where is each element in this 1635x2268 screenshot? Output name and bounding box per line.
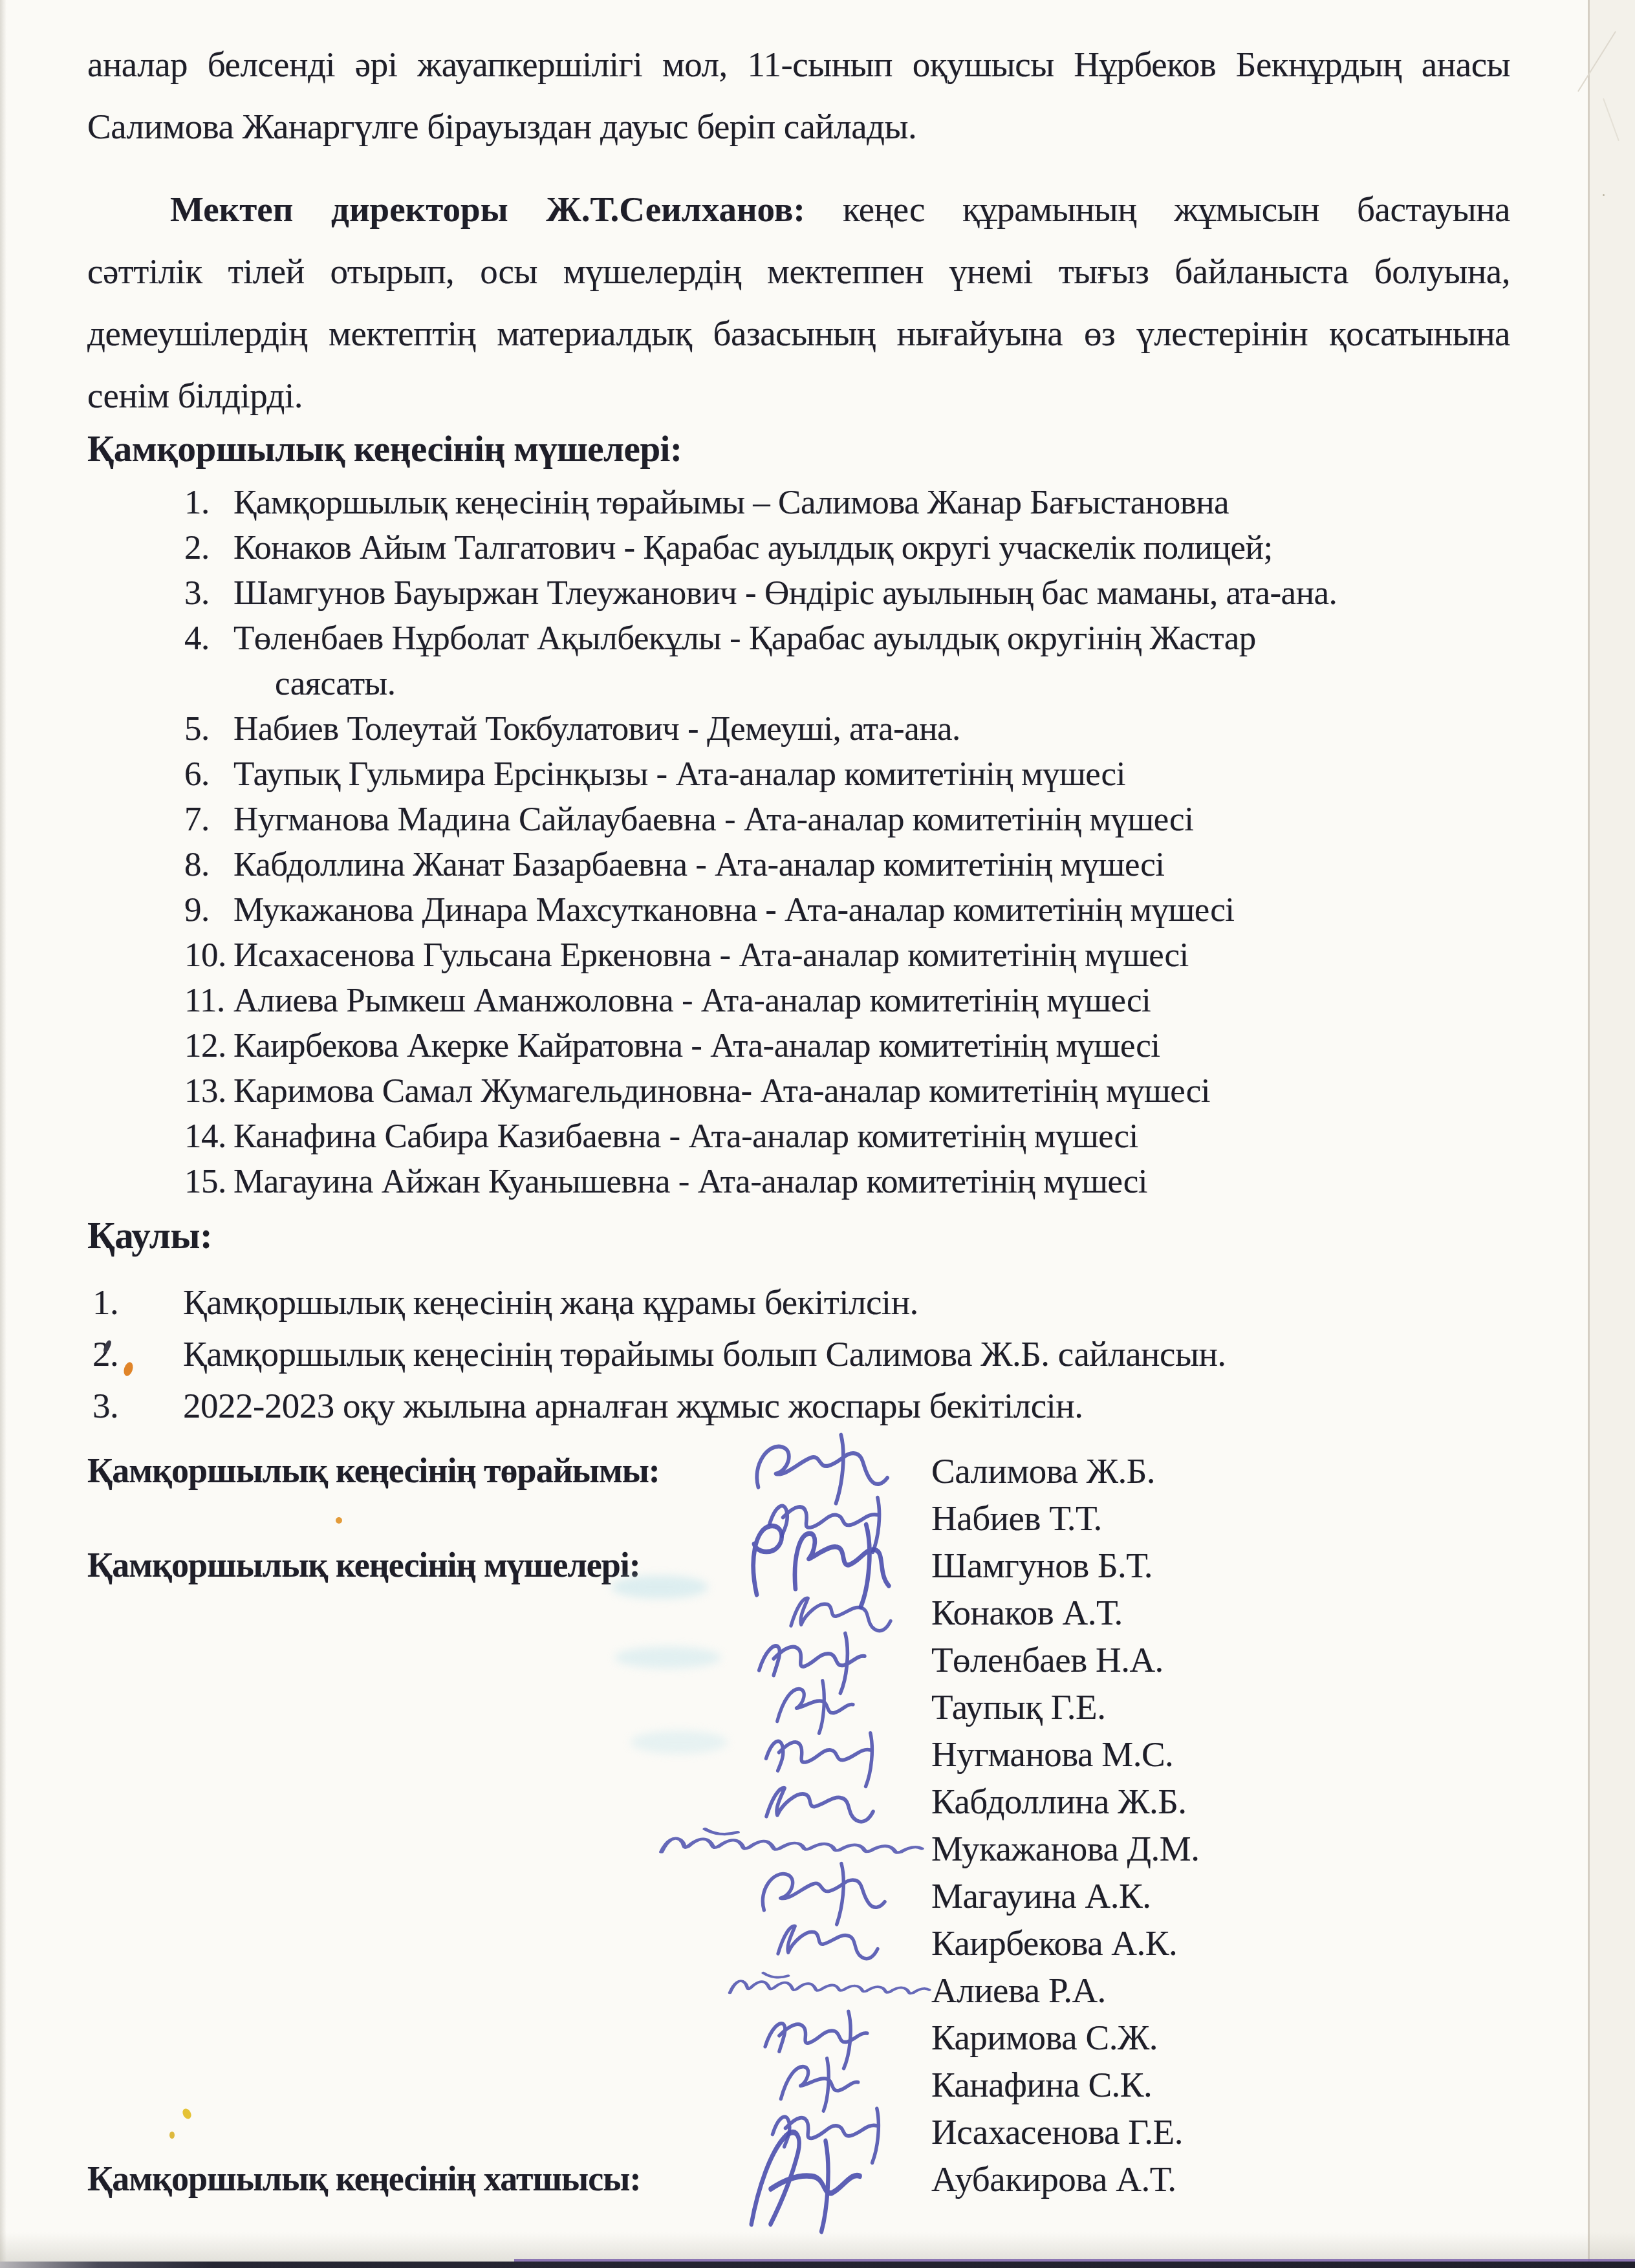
member-list-item: 3. Шамгунов Бауыржан Тлеужанович - Өндір… bbox=[87, 570, 1510, 616]
handwritten-signature bbox=[721, 2115, 941, 2235]
member-text-wrap: Төленбаев Нұрболат Ақылбекұлы - Қарабас … bbox=[233, 616, 1510, 706]
member-text-wrap: Магауина Айжан Куанышевна - Ата-аналар к… bbox=[233, 1159, 1510, 1204]
member-number: 10. bbox=[184, 933, 233, 978]
member-list-item: 12. Каирбекова Акерке Кайратовна - Ата-а… bbox=[87, 1023, 1510, 1068]
member-number: 5. bbox=[184, 706, 233, 751]
signatory-name: Нугманова М.С. bbox=[931, 1731, 1173, 1778]
decision-number: 1. bbox=[92, 1277, 183, 1328]
member-list-item: 11. Алиева Рымкеш Аманжоловна - Ата-анал… bbox=[87, 978, 1510, 1023]
decision-number: 3. bbox=[92, 1380, 183, 1432]
member-text: Қамқоршылық кеңесінің төрайымы – Салимов… bbox=[233, 484, 1229, 521]
paragraph-line: сәттілік тілей отырып, осы мүшелердің ме… bbox=[87, 241, 1510, 303]
signatory-name: Аубакирова А.Т. bbox=[931, 2155, 1176, 2203]
member-text-wrap: Кабдоллина Жанат Базарбаевна - Ата-анала… bbox=[233, 842, 1510, 887]
member-number: 13. bbox=[184, 1068, 233, 1114]
member-list-item: 1. Қамқоршылық кеңесінің төрайымы – Сали… bbox=[87, 480, 1510, 525]
scan-left-shadow bbox=[0, 0, 6, 2268]
signatory-name: Шамгунов Б.Т. bbox=[931, 1542, 1153, 1589]
decision-number: 2. bbox=[92, 1328, 183, 1380]
director-lead-text: Мектеп директоры Ж.Т.Сеилханов: bbox=[170, 189, 805, 229]
scan-speck-yellow bbox=[169, 2132, 175, 2139]
member-number: 6. bbox=[184, 751, 233, 797]
member-number: 4. bbox=[184, 616, 233, 706]
decision-text: Қамқоршылық кеңесінің жаңа құрамы бекіті… bbox=[183, 1277, 918, 1328]
member-text: Нугманова Мадина Сайлаубаевна - Ата-анал… bbox=[233, 801, 1193, 838]
ink-smudge bbox=[614, 1647, 721, 1669]
signatory-name: Набиев Т.Т. bbox=[931, 1495, 1102, 1542]
signatory-name: Салимова Ж.Б. bbox=[931, 1447, 1155, 1495]
signatory-name: Исахасенова Г.Е. bbox=[931, 2108, 1183, 2155]
members-list: 1. Қамқоршылық кеңесінің төрайымы – Сали… bbox=[87, 480, 1510, 1204]
member-number: 8. bbox=[184, 842, 233, 887]
signature-section: Қамқоршылық кеңесінің төрайымы: Салимова… bbox=[87, 1447, 1510, 2203]
scan-speck bbox=[1603, 194, 1605, 196]
member-number: 3. bbox=[184, 570, 233, 616]
paragraph-line-text: кеңес құрамының жұмысын бастауына bbox=[843, 189, 1510, 229]
member-text: Магауина Айжан Куанышевна - Ата-аналар к… bbox=[233, 1163, 1147, 1200]
signatory-name: Канафина С.К. bbox=[931, 2061, 1152, 2108]
member-text-wrap: Каирбекова Акерке Кайратовна - Ата-анала… bbox=[233, 1023, 1510, 1068]
scan-bottom-smudge bbox=[0, 2232, 1635, 2262]
member-list-item: 9. Мукажанова Динара Махсуткановна - Ата… bbox=[87, 887, 1510, 933]
member-list-item: 6. Таупық Гульмира Ерсінқызы - Ата-анала… bbox=[87, 751, 1510, 797]
scan-speck-orange bbox=[336, 1517, 342, 1524]
member-number: 9. bbox=[184, 887, 233, 933]
paragraph-director-speech: Мектеп директоры Ж.Т.Сеилханов: кеңес құ… bbox=[87, 178, 1510, 427]
decision-item: 1. Қамқоршылық кеңесінің жаңа құрамы бек… bbox=[87, 1277, 1510, 1328]
signature-block-label: Қамқоршылық кеңесінің төрайымы: bbox=[87, 1447, 660, 1495]
decisions-list: 1. Қамқоршылық кеңесінің жаңа құрамы бек… bbox=[87, 1277, 1510, 1432]
signature-block-label: Қамқоршылық кеңесінің хатшысы: bbox=[87, 2155, 640, 2203]
signatory-name: Мукажанова Д.М. bbox=[931, 1825, 1200, 1872]
signatory-name: Магауина А.К. bbox=[931, 1872, 1151, 1919]
member-text-wrap: Алиева Рымкеш Аманжоловна - Ата-аналар к… bbox=[233, 978, 1510, 1023]
paragraph-line: аналар белсенді әрі жауапкершілігі мол, … bbox=[87, 34, 1510, 96]
decision-text: Қамқоршылық кеңесінің төрайымы болып Сал… bbox=[183, 1328, 1226, 1380]
ink-smudge bbox=[631, 1731, 728, 1754]
member-number: 14. bbox=[184, 1114, 233, 1159]
signatory-name: Конаков А.Т. bbox=[931, 1589, 1123, 1636]
decision-text: 2022-2023 оқу жылына арналған жұмыс жосп… bbox=[183, 1380, 1083, 1432]
scan-background-right bbox=[1590, 0, 1635, 2268]
member-list-item: 8. Кабдоллина Жанат Базарбаевна - Ата-ан… bbox=[87, 842, 1510, 887]
member-text: Шамгунов Бауыржан Тлеужанович - Өндіріс … bbox=[233, 574, 1337, 612]
member-text: Каирбекова Акерке Кайратовна - Ата-анала… bbox=[233, 1027, 1160, 1064]
signatory-name: Кабдоллина Ж.Б. bbox=[931, 1778, 1187, 1825]
member-number: 12. bbox=[184, 1023, 233, 1068]
member-text-wrap: Нугманова Мадина Сайлаубаевна - Ата-анал… bbox=[233, 797, 1510, 842]
member-text-wrap: Каримова Самал Жумагельдиновна- Ата-анал… bbox=[233, 1068, 1510, 1114]
paragraph-line: демеушілердің мектептің материалдық база… bbox=[87, 303, 1510, 365]
members-heading: Қамқоршылық кеңесінің мүшелері: bbox=[87, 428, 682, 470]
member-list-item: 14. Канафина Сабира Казибаевна - Ата-ана… bbox=[87, 1114, 1510, 1159]
member-text-wrap: Набиев Толеутай Токбулатович - Демеуші, … bbox=[233, 706, 1510, 751]
decision-item: 2. Қамқоршылық кеңесінің төрайымы болып … bbox=[87, 1328, 1510, 1380]
member-text-wrap: Таупық Гульмира Ерсінқызы - Ата-аналар к… bbox=[233, 751, 1510, 797]
member-text-wrap: Исахасенова Гульсана Еркеновна - Ата-ана… bbox=[233, 933, 1510, 978]
member-text-wrap: Канафина Сабира Казибаевна - Ата-аналар … bbox=[233, 1114, 1510, 1159]
member-text: Набиев Толеутай Токбулатович - Демеуші, … bbox=[233, 710, 960, 748]
signature-row: Қамқоршылық кеңесінің хатшысы: Аубакиров… bbox=[87, 2155, 1510, 2203]
scanned-document-page: аналар белсенді әрі жауапкершілігі мол, … bbox=[0, 0, 1635, 2268]
member-list-item: 10. Исахасенова Гульсана Еркеновна - Ата… bbox=[87, 933, 1510, 978]
member-text: Канафина Сабира Казибаевна - Ата-аналар … bbox=[233, 1118, 1138, 1155]
signatory-name: Каирбекова А.К. bbox=[931, 1919, 1177, 1967]
signatory-name: Каримова С.Ж. bbox=[931, 2014, 1158, 2061]
ink-smudge bbox=[611, 1575, 708, 1599]
member-list-item: 15. Магауина Айжан Куанышевна - Ата-анал… bbox=[87, 1159, 1510, 1204]
member-text: Мукажанова Динара Махсуткановна - Ата-ан… bbox=[233, 891, 1234, 929]
member-text-wrap: Шамгунов Бауыржан Тлеужанович - Өндіріс … bbox=[233, 570, 1510, 616]
page-edge-line bbox=[1588, 0, 1590, 2268]
member-text-wrap: Қамқоршылық кеңесінің төрайымы – Салимов… bbox=[233, 480, 1510, 525]
member-list-item: 4. Төленбаев Нұрболат Ақылбекұлы - Қараб… bbox=[87, 616, 1510, 706]
member-text: Исахасенова Гульсана Еркеновна - Ата-ана… bbox=[233, 936, 1189, 974]
member-text-wrap: Конаков Айым Талгатович - Қарабас ауылды… bbox=[233, 525, 1510, 570]
member-text-continuation: саясаты. bbox=[275, 661, 1510, 706]
member-text: Алиева Рымкеш Аманжоловна - Ата-аналар к… bbox=[233, 982, 1151, 1019]
member-list-item: 2. Конаков Айым Талгатович - Қарабас ауы… bbox=[87, 525, 1510, 570]
member-number: 15. bbox=[184, 1159, 233, 1204]
member-text: Таупық Гульмира Ерсінқызы - Ата-аналар к… bbox=[233, 755, 1125, 793]
member-list-item: 5. Набиев Толеутай Токбулатович - Демеуш… bbox=[87, 706, 1510, 751]
signature-block-label: Қамқоршылық кеңесінің мүшелері: bbox=[87, 1542, 640, 1589]
member-number: 1. bbox=[184, 480, 233, 525]
signatory-name: Алиева Р.А. bbox=[931, 1967, 1106, 2014]
decision-heading: Қаулы: bbox=[87, 1213, 212, 1258]
paragraph-line: Салимова Жанаргүлге бірауыздан дауыс бер… bbox=[87, 96, 1510, 158]
member-number: 11. bbox=[184, 978, 233, 1023]
member-text: Каримова Самал Жумагельдиновна- Ата-анал… bbox=[233, 1072, 1210, 1110]
member-list-item: 13. Каримова Самал Жумагельдиновна- Ата-… bbox=[87, 1068, 1510, 1114]
scan-bottom-edge bbox=[0, 2262, 1635, 2268]
signatory-name: Таупық Г.Е. bbox=[931, 1683, 1105, 1731]
signatory-name: Төленбаев Н.А. bbox=[931, 1636, 1164, 1683]
member-number: 7. bbox=[184, 797, 233, 842]
member-text: Кабдоллина Жанат Базарбаевна - Ата-анала… bbox=[233, 846, 1164, 883]
member-text: Конаков Айым Талгатович - Қарабас ауылды… bbox=[233, 529, 1273, 567]
paragraph-election-result: аналар белсенді әрі жауапкершілігі мол, … bbox=[87, 34, 1510, 158]
member-text: Төленбаев Нұрболат Ақылбекұлы - Қарабас … bbox=[233, 620, 1256, 657]
paragraph-line: сенім білдірді. bbox=[87, 365, 1510, 427]
member-number: 2. bbox=[184, 525, 233, 570]
paragraph-line: Мектеп директоры Ж.Т.Сеилханов: кеңес құ… bbox=[87, 178, 1510, 241]
member-text-wrap: Мукажанова Динара Махсуткановна - Ата-ан… bbox=[233, 887, 1510, 933]
member-list-item: 7. Нугманова Мадина Сайлаубаевна - Ата-а… bbox=[87, 797, 1510, 842]
